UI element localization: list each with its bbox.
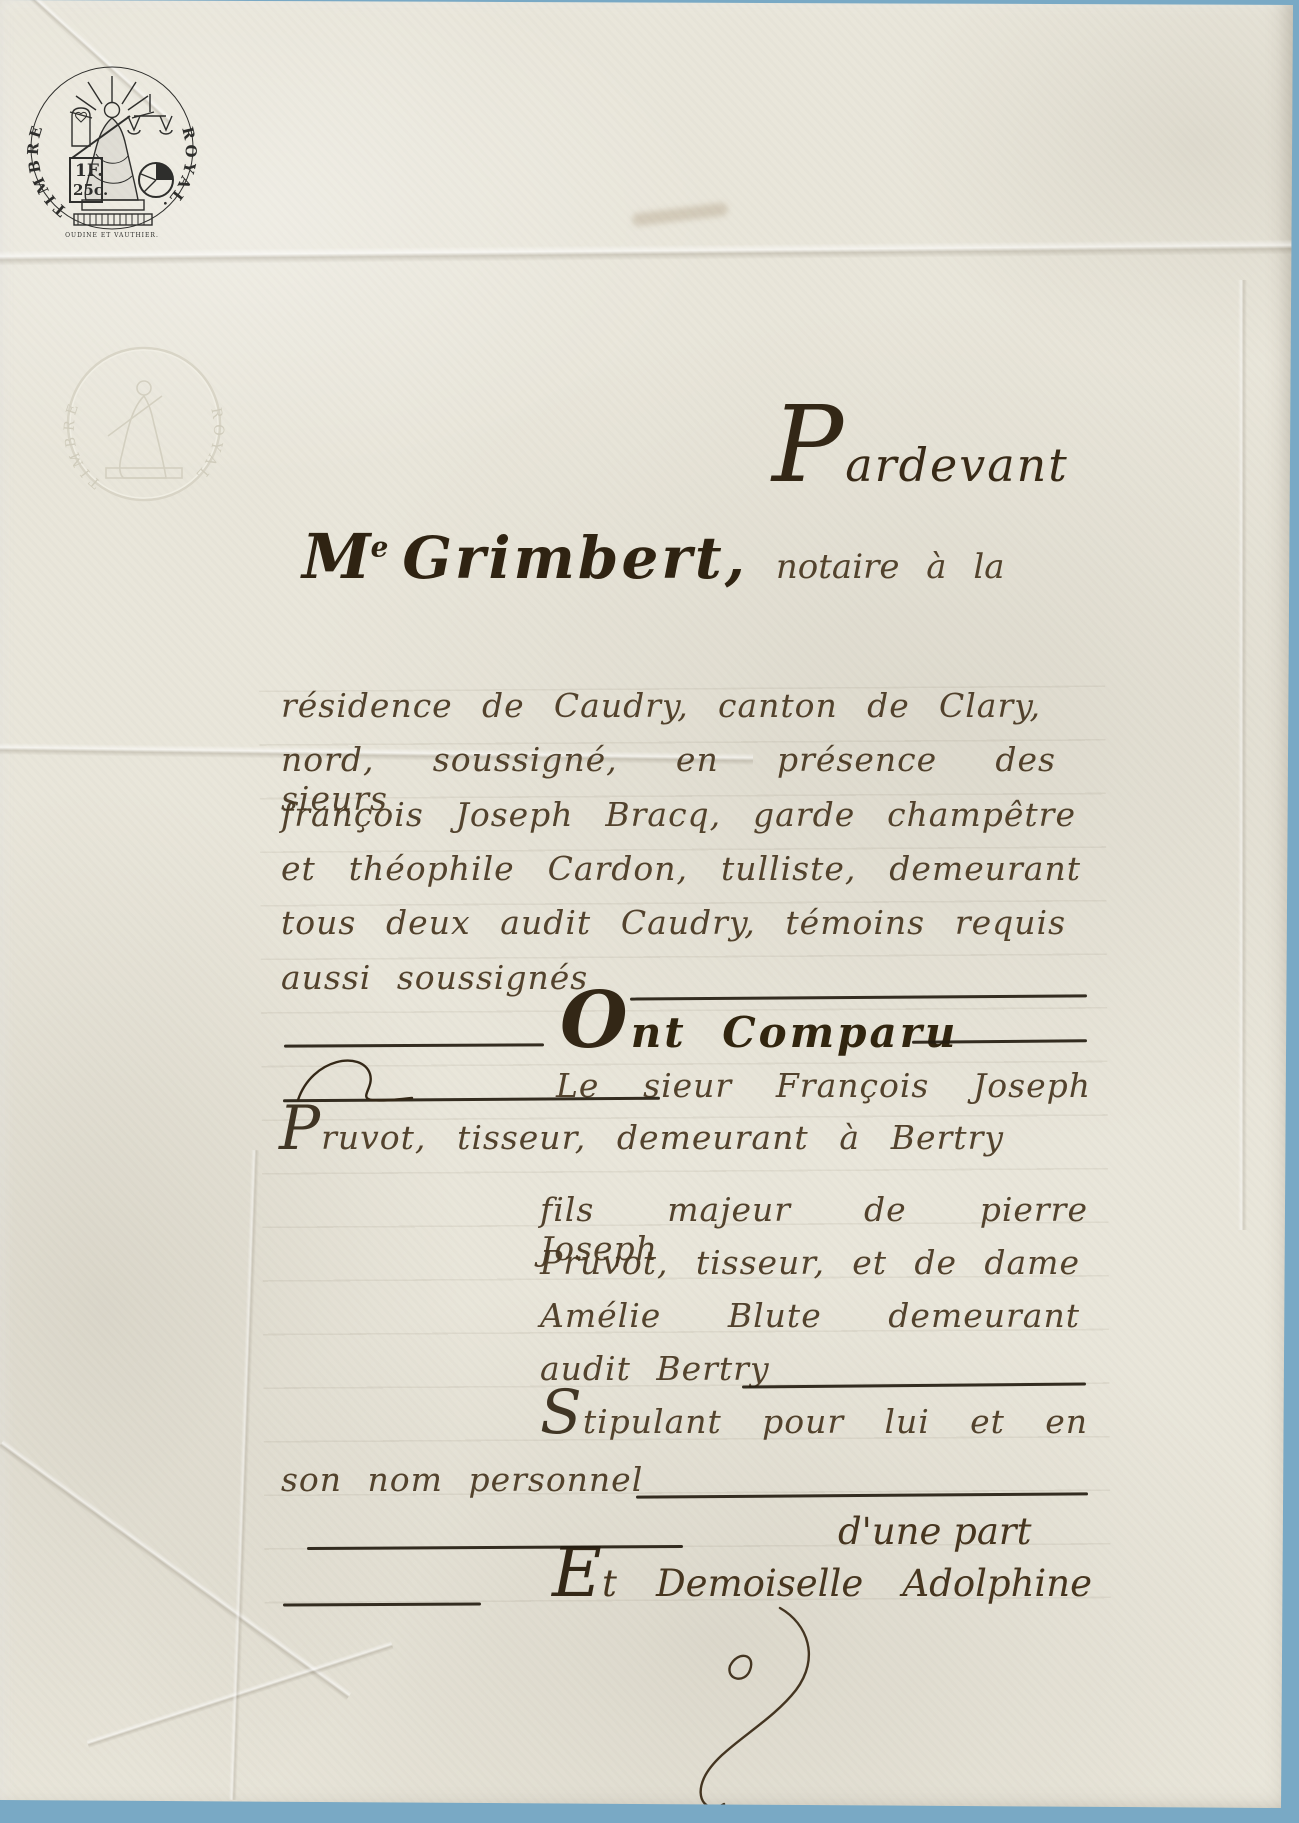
paper-crease xyxy=(86,1641,393,1748)
manuscript-line: et théophile Cardon, tulliste, demeurant xyxy=(281,849,1081,888)
ink-ghost-smudge xyxy=(632,202,729,227)
manuscript-line: Pruvot, tisseur, et de dame xyxy=(540,1243,1080,1282)
manuscript-ont-comparu: Ont Comparu xyxy=(560,1008,958,1057)
ink-rule xyxy=(283,1602,481,1606)
manuscript-line: françois Joseph Bracq, garde champêtre xyxy=(281,795,1076,834)
ink-rule xyxy=(636,1492,1088,1498)
scanned-notarial-document: { "colors": { "backdrop_blue": "#79a9c5"… xyxy=(0,0,1299,1823)
stamp-value-franc: 1F. xyxy=(75,161,103,181)
manuscript-line: Pruvot, tisseur, demeurant à Bertry xyxy=(279,1118,1004,1157)
svg-text:TIMBRE: TIMBRE xyxy=(62,398,104,492)
manuscript-notary-line: Me Grimbert, notaire à la xyxy=(302,520,1004,593)
ink-rule xyxy=(912,1039,1087,1044)
stamp-arc-left: TIMBRE xyxy=(26,120,70,220)
manuscript-line: Amélie Blute demeurant xyxy=(540,1296,1080,1335)
pen-loop-flourish xyxy=(292,1048,452,1118)
manuscript-line: Stipulant pour lui et en xyxy=(540,1402,1088,1441)
timbre-royal-stamp: 1F. 25c. TIMBRE ROYAL. OUDINE ET VAUTHIE… xyxy=(26,54,198,242)
ink-rule xyxy=(307,1545,683,1550)
manuscript-pardevant: Pardevant xyxy=(772,438,1069,492)
notary-name: Grimbert, xyxy=(402,524,748,592)
manuscript-line: résidence de Caudry, canton de Clary, xyxy=(281,686,1041,725)
manuscript-line: tous deux audit Caudry, témoins requis xyxy=(281,903,1066,942)
paraph-flourish xyxy=(612,1606,902,1821)
stamp-engraver: OUDINE ET VAUTHIER. xyxy=(65,232,159,239)
manuscript-line: notaire à la xyxy=(776,547,1005,587)
paper-crease xyxy=(0,239,1299,265)
seal-arc-right: ROYAL xyxy=(190,406,227,485)
stamp-value-cents: 25c. xyxy=(73,181,108,199)
embossed-figure-icon xyxy=(106,381,182,478)
manuscript-line: aussi soussignés xyxy=(281,958,588,997)
paper-crease xyxy=(1238,280,1247,1230)
wheel-icon xyxy=(139,163,173,197)
manuscript-line: son nom personnel xyxy=(281,1460,643,1499)
notary-honorific: Me xyxy=(302,520,388,593)
ink-rule xyxy=(742,1382,1086,1388)
ray-crown-icon xyxy=(70,76,154,118)
manuscript-line: d'une part xyxy=(838,1510,1031,1553)
justice-head-icon xyxy=(105,103,120,118)
svg-text:ROYAL: ROYAL xyxy=(190,406,227,485)
svg-text:TIMBRE: TIMBRE xyxy=(26,120,70,220)
paper-crease xyxy=(229,1150,260,1800)
seal-arc-left: TIMBRE xyxy=(62,398,104,492)
pedestal-icon xyxy=(74,200,152,225)
ink-rule xyxy=(630,994,1087,1000)
paper-sheet: 1F. 25c. TIMBRE ROYAL. OUDINE ET VAUTHIE… xyxy=(0,0,1299,1823)
manuscript-line: Et Demoiselle Adolphine xyxy=(552,1562,1092,1605)
embossed-seal: TIMBRE ROYAL xyxy=(50,336,240,514)
scales-icon xyxy=(128,94,172,134)
